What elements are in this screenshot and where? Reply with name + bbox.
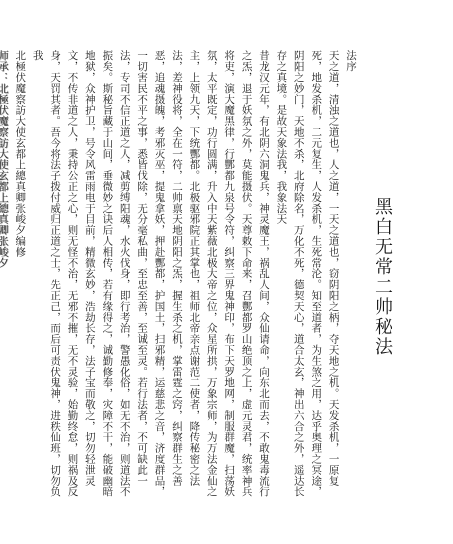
text-column: 阴阳之妙门，天地不杀，北府除名，万化不死，德契天心，道合太玄，神出六合之外，遥达… <box>289 50 306 498</box>
text-column: 振矣。斯秘旨藏于山间，垂微妙之诀后人相传，若有缘得之，诚勤修奉，灾障不干，能破幽… <box>98 50 115 498</box>
text-column: 昔龙汉元年，有北阴六洞鬼兵，神灵魔王，祸乱人间，众仙请命，向东北而去，不敢鬼毒流… <box>255 50 272 498</box>
text-column: 我 <box>28 50 45 498</box>
text-column: 身，天罚其者。吾今将法子拨付威归正道之士，先正己，而后可责伏鬼神，进秩仙班，切勿… <box>46 50 63 498</box>
text-column: 主，上领九天，下统酆都。北极驱邪院正其掌也，祖师北帝亲点谢范二使者，降传秘密之法 <box>185 50 202 498</box>
text-column: 天之道，清浊之道也，人之道，一天之道也，窃阴阳之柄，夺天地之机。天发杀机，一原复 <box>324 50 341 498</box>
text-column: 死，地发杀机，二元复生，人发杀机，生死常沦。知至道者，为生煞之用，达乎奥理之冥途… <box>307 50 324 498</box>
edge-clipped-column: 师承：北極伏魔察訪大使玄都上總真卿张峻夕 <box>0 50 11 498</box>
text-column: 将吏，演大魔黑律，行酆都九泉号令符，纠察三界鬼神印，布下天罗地网，制服群魔，扫荡… <box>220 50 237 498</box>
preface-heading-column: 法序 <box>342 50 359 498</box>
text-column: 法，差神役将，全在一符，二帅禀天地阴阳之炁，握生杀之机，掌雷霆之窍，纠察群生之善 <box>168 50 185 498</box>
preface-text-block: 法序 天之道，清浊之道也，人之道，一天之道也，窃阴阳之柄，夺天地之机。天发杀机，… <box>0 50 359 498</box>
text-column: 文，不传非道之人，秉持公正之心，则无怪不治，无邪不摧，无不灵验，始勤终怠，则祸及… <box>63 50 80 498</box>
text-column: 法，专司不信正道之人，减剪缚阳魂，水火伐身，即行考治，警愚化俗，如无不治，则道法… <box>115 50 132 498</box>
colophon-column: 北極伏魔察訪大使玄都上總真卿张峻夕编修 <box>11 50 28 498</box>
text-column: 恶，追魂摄魄，考邪灭巫，提鬼拿妖，押赴酆都，护国土，扫邪精，运慈悲之音，济度群品… <box>150 50 167 498</box>
scanned-document-page: 黑白无常二帅秘法 法序 天之道，清浊之道也，人之道，一天之道也，窃阴阳之柄，夺天… <box>0 0 453 544</box>
text-column: 地狱，众神护卫，号令风雷雨电于目前，精微玄妙，浩劫长存，法子宝而敬之，切勿轻泄灵 <box>81 50 98 498</box>
text-column: 存之真境。是故天象法我，我象法天 <box>272 50 289 498</box>
text-column: 一切害民不平之事，悉皆伐除，无分毫私曲，至忠至善，至诚至灵。若行法者，不可缺此一 <box>133 50 150 498</box>
text-column: 氛，太平既定，功行圆满，升入中天紫薇北极大帝之位，众星所拱，万象宗师，为万法金仙… <box>202 50 219 498</box>
book-title: 黑白无常二帅秘法 <box>370 197 396 357</box>
text-column: 之炁，退于妖氛之外，莫能摄伏。天尊敕下命来，召酆都罗山绝顶之上，虚元灵君，统率神… <box>237 50 254 498</box>
